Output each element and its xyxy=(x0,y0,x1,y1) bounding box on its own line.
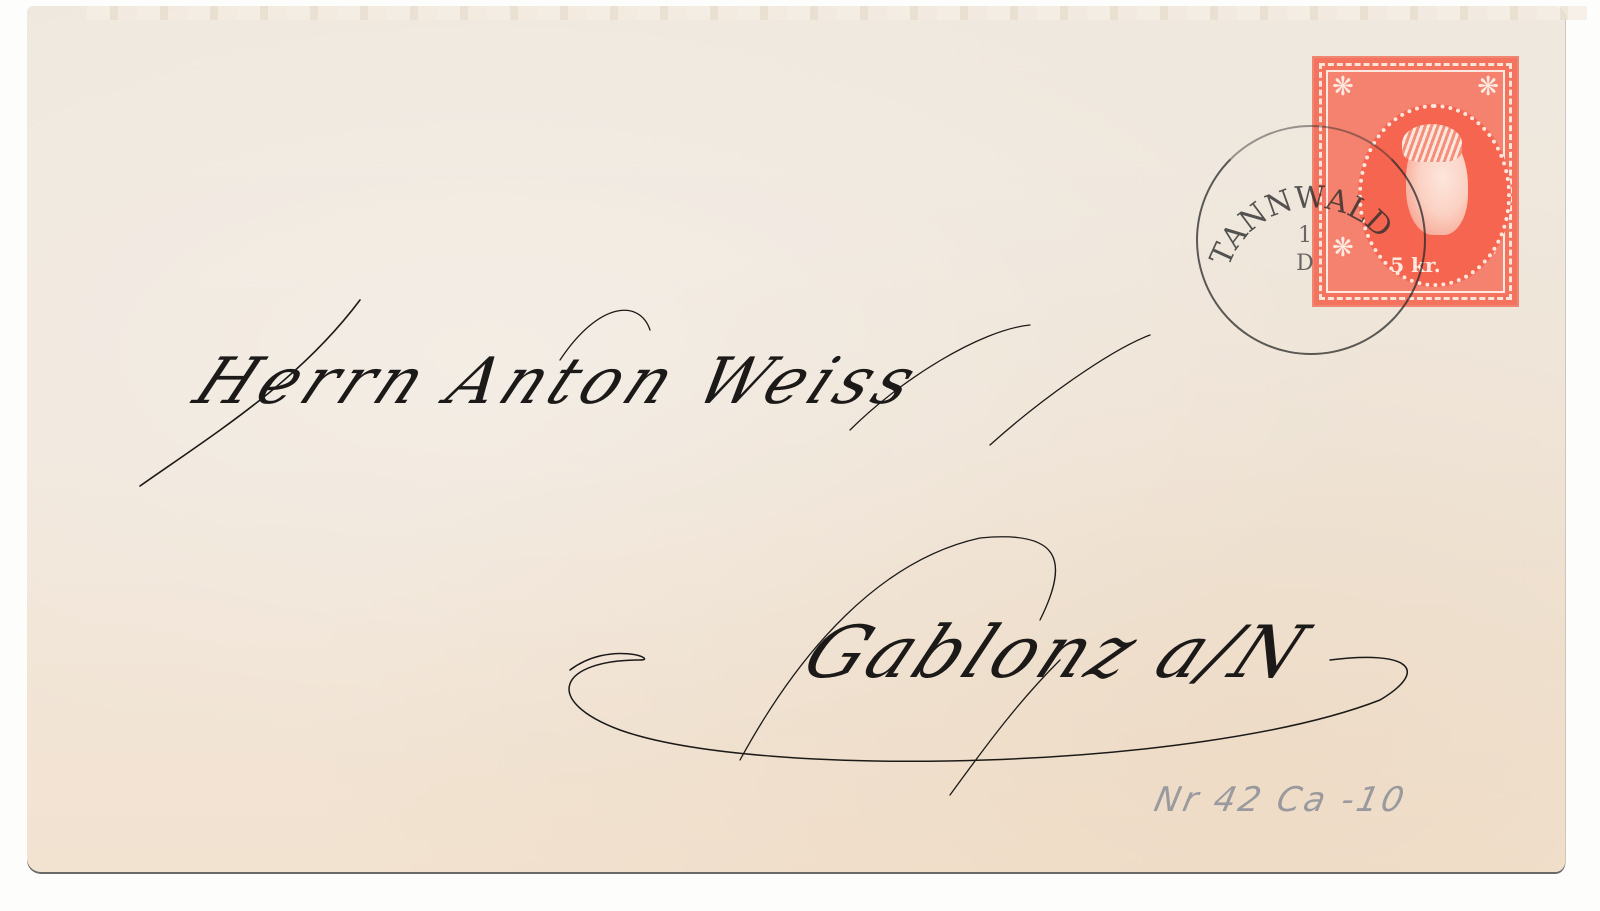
address-line-recipient: Herrn Anton Weiss xyxy=(183,345,934,419)
handwriting-flourishes xyxy=(0,0,1600,911)
address-line-city: Gablonz a/N xyxy=(790,610,1323,694)
pencil-catalog-note: Nr 42 Ca -10 xyxy=(1151,780,1411,820)
